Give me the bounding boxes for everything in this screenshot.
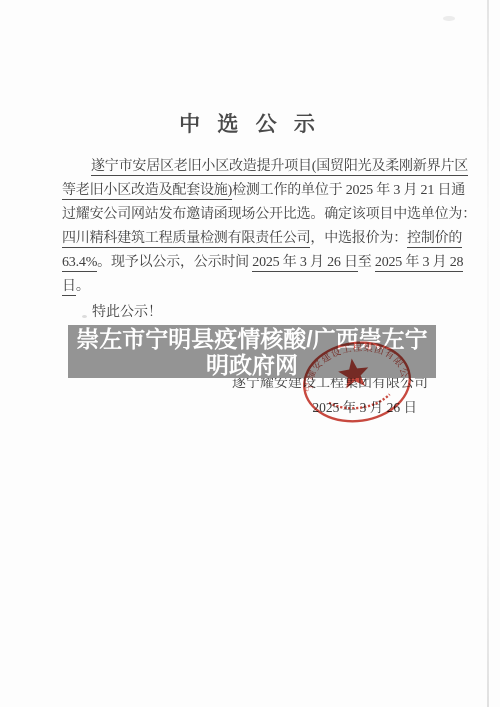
scan-speck	[82, 315, 87, 318]
body-text: 检测工作的单位于 2025 年 3 月 21 日通	[232, 183, 465, 198]
banner-text-line: 明政府网	[68, 352, 436, 378]
scan-speck	[443, 16, 455, 21]
body-text: ，中选报价为：	[310, 231, 407, 246]
underlined-text: 2025 年 3 月 26 日	[252, 255, 358, 272]
body-text: 过耀安公司网站发布邀请函现场公开比选。确定该项目中选单位为：	[62, 207, 476, 222]
closing-statement: 特此公示！	[92, 301, 162, 321]
underlined-text: 遂宁市安居区老旧小区改造提升项目(国贸阳光及柔刚新界片区	[91, 159, 468, 176]
paper-edge-line	[487, 0, 489, 707]
banner-text-line: 崇左市宁明县疫情核酸/广西崇左宁	[68, 326, 436, 352]
body-text: 。现予以公示，公示时间	[97, 255, 252, 270]
body-text: 。	[76, 279, 90, 294]
overlay-link-banner[interactable]: 崇左市宁明县疫情核酸/广西崇左宁明政府网	[68, 325, 436, 378]
document-line: 遂宁市安居区老旧小区改造提升项目(国贸阳光及柔刚新界片区	[62, 156, 444, 180]
underlined-text: 控制价的	[407, 231, 462, 248]
underlined-text: 2025 年 3 月 28	[375, 255, 463, 272]
page-title: 中 选 公 示	[0, 108, 500, 138]
underlined-text: 四川精科建筑工程质量检测有限责任公司	[62, 231, 310, 248]
underlined-text: 63.4%	[62, 255, 97, 272]
signature-date: 2025 年 3 月 26 日	[312, 396, 417, 416]
scanned-document-page: 中 选 公 示 遂宁市安居区老旧小区改造提升项目(国贸阳光及柔刚新界片区等老旧小…	[0, 0, 500, 707]
body-text: 至	[358, 255, 375, 270]
underlined-text: 日	[62, 279, 76, 296]
document-line: 四川精科建筑工程质量检测有限责任公司，中选报价为：控制价的	[62, 228, 444, 252]
document-line: 等老旧小区改造及配套设施)检测工作的单位于 2025 年 3 月 21 日通	[62, 180, 444, 204]
underlined-text: 等老旧小区改造及配套设施)	[62, 183, 232, 200]
document-body: 遂宁市安居区老旧小区改造提升项目(国贸阳光及柔刚新界片区等老旧小区改造及配套设施…	[62, 156, 444, 300]
document-line: 日。	[62, 276, 444, 300]
document-line: 63.4%。现予以公示，公示时间 2025 年 3 月 26 日至 2025 年…	[62, 252, 444, 276]
document-line: 过耀安公司网站发布邀请函现场公开比选。确定该项目中选单位为：	[62, 204, 444, 228]
